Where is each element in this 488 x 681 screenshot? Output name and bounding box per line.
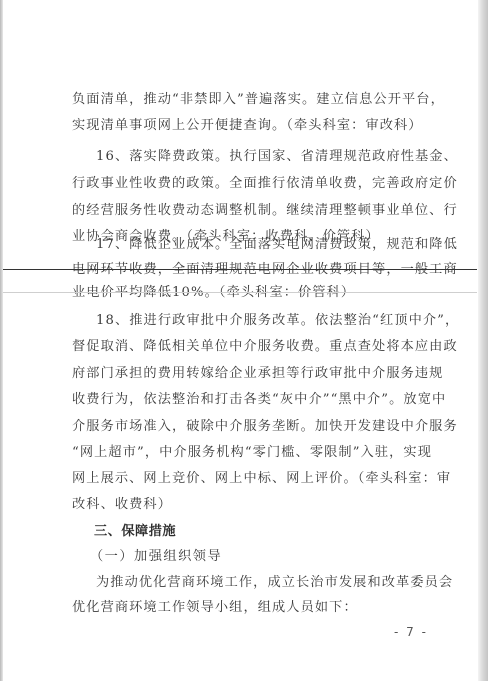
paragraph-line: 优化营商环境工作领导小组，组成人员如下： xyxy=(72,600,428,616)
paragraph-line: 收费行为，依法整治和打击各类“灰中介”“黑中介”。放宽中 xyxy=(72,392,428,408)
paragraph-line: 行政事业性收费的政策。全面推行依清单收费，完善政府定价 xyxy=(72,176,428,192)
item-17-title-line: 17、降低企业成本。全面落实电网清费政策，规范和降低 xyxy=(96,237,428,253)
paragraph-line: 负面清单，推动“非禁即入”普遍落实。建立信息公开平台， xyxy=(72,92,428,108)
section-heading: 三、保障措施 xyxy=(94,524,426,540)
page-number: - 7 - xyxy=(394,625,428,639)
paragraph-line: 改科、收费科） xyxy=(72,497,428,513)
scan-edge-left xyxy=(0,0,3,681)
paragraph-line: 介服务市场准入，破除中介服务垄断。加快开发建设中介服务 xyxy=(72,419,428,435)
item-16-title-line: 16、落实降费政策。执行国家、省清理规范政府性基金、 xyxy=(96,149,428,165)
paragraph-line: 实现清单事项网上公开便捷查询。（牵头科室：审改科） xyxy=(72,118,428,134)
paragraph-line: “网上超市”，中介服务机构“零门槛、零限制”入驻，实现 xyxy=(72,445,428,461)
paragraph-line: 督促取消、降低相关单位中介服务收费。重点查处将本应由政 xyxy=(72,339,428,355)
scan-artifact-line xyxy=(3,269,477,270)
subsection-heading: （一）加强组织领导 xyxy=(90,549,422,565)
document-page: 负面清单，推动“非禁即入”普遍落实。建立信息公开平台， 实现清单事项网上公开便捷… xyxy=(0,0,488,681)
paragraph-line: 业电价平均降低10%。（牵头科室：价管科） xyxy=(72,285,428,301)
paragraph-line: 电网环节收费，全面清理规范电网企业收费项目等，一般工商 xyxy=(72,262,428,278)
item-18-title-line: 18、推进行政审批中介服务改革。依法整治“红顶中介”， xyxy=(96,313,428,329)
scan-artifact-line-light xyxy=(3,292,477,293)
scan-edge-right xyxy=(478,0,488,681)
paragraph-line: 府部门承担的费用转嫁给企业承担等行政审批中介服务违规 xyxy=(72,366,428,382)
paragraph-line: 为推动优化营商环境工作，成立长治市发展和改革委员会 xyxy=(96,575,428,591)
paragraph-line: 的经营服务性收费动态调整机制。继续清理整顿事业单位、行 xyxy=(72,203,428,219)
paragraph-line: 网上展示、网上竞价、网上中标、网上评价。（牵头科室：审 xyxy=(72,471,428,487)
